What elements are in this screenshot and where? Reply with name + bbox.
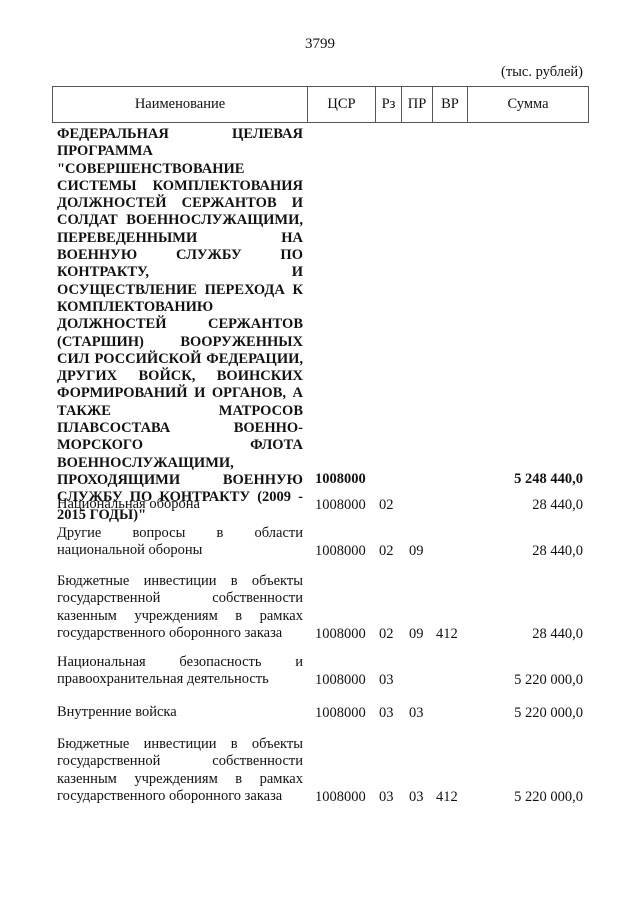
row-csr: 1008000 [315, 471, 366, 488]
row-rz: 02 [379, 543, 394, 560]
row-rz: 02 [379, 497, 394, 514]
row-rz: 03 [379, 789, 394, 806]
row-sum: 5 220 000,0 [514, 789, 583, 806]
header-vr: ВР [433, 87, 468, 123]
row-csr: 1008000 [315, 789, 366, 806]
row-csr: 1008000 [315, 497, 366, 514]
row-pr: 09 [409, 543, 424, 560]
row-csr: 1008000 [315, 626, 366, 643]
units-label: (тыс. рублей) [501, 64, 583, 81]
row-sum: 28 440,0 [532, 626, 583, 643]
table-row: Другие вопросы в области национальной об… [0, 525, 640, 560]
row-csr: 1008000 [315, 543, 366, 560]
row-rz: 02 [379, 626, 394, 643]
row-pr: 03 [409, 705, 424, 722]
header-csr: ЦСР [308, 87, 376, 123]
row-name: Внутренние войска [57, 704, 303, 721]
table-row: Внутренние войска 1008000 03 03 5 220 00… [0, 704, 640, 722]
header-name: Наименование [53, 87, 308, 123]
table-row: Бюджетные инвестиции в объекты государст… [0, 736, 640, 806]
row-name: Другие вопросы в области национальной об… [57, 525, 303, 560]
header-pr: ПР [402, 87, 433, 123]
row-sum: 5 248 440,0 [514, 471, 583, 488]
row-name: ФЕДЕРАЛЬНАЯ ЦЕЛЕВАЯ ПРОГРАММА "СОВЕРШЕНС… [57, 126, 303, 524]
header-rz: Рз [376, 87, 402, 123]
row-sum: 28 440,0 [532, 543, 583, 560]
row-name: Бюджетные инвестиции в объекты государст… [57, 736, 303, 805]
table-row: ФЕДЕРАЛЬНАЯ ЦЕЛЕВАЯ ПРОГРАММА "СОВЕРШЕНС… [0, 126, 640, 488]
row-name: Национальная безопасность и правоохранит… [57, 654, 303, 689]
page-number: 3799 [0, 36, 640, 53]
table-row: Национальная безопасность и правоохранит… [0, 654, 640, 689]
row-csr: 1008000 [315, 672, 366, 689]
table-row: Бюджетные инвестиции в объекты государст… [0, 573, 640, 643]
table-header: Наименование ЦСР Рз ПР ВР Сумма [52, 86, 589, 123]
row-csr: 1008000 [315, 705, 366, 722]
header-sum: Сумма [468, 87, 589, 123]
row-rz: 03 [379, 705, 394, 722]
row-rz: 03 [379, 672, 394, 689]
row-sum: 5 220 000,0 [514, 672, 583, 689]
row-pr: 09 [409, 626, 424, 643]
table-row: Национальная оборона 1008000 02 28 440,0 [0, 496, 640, 514]
row-name: Национальная оборона [57, 496, 303, 513]
row-sum: 28 440,0 [532, 497, 583, 514]
row-sum: 5 220 000,0 [514, 705, 583, 722]
row-vr: 412 [436, 626, 458, 643]
row-vr: 412 [436, 789, 458, 806]
row-name: Бюджетные инвестиции в объекты государст… [57, 573, 303, 642]
row-pr: 03 [409, 789, 424, 806]
